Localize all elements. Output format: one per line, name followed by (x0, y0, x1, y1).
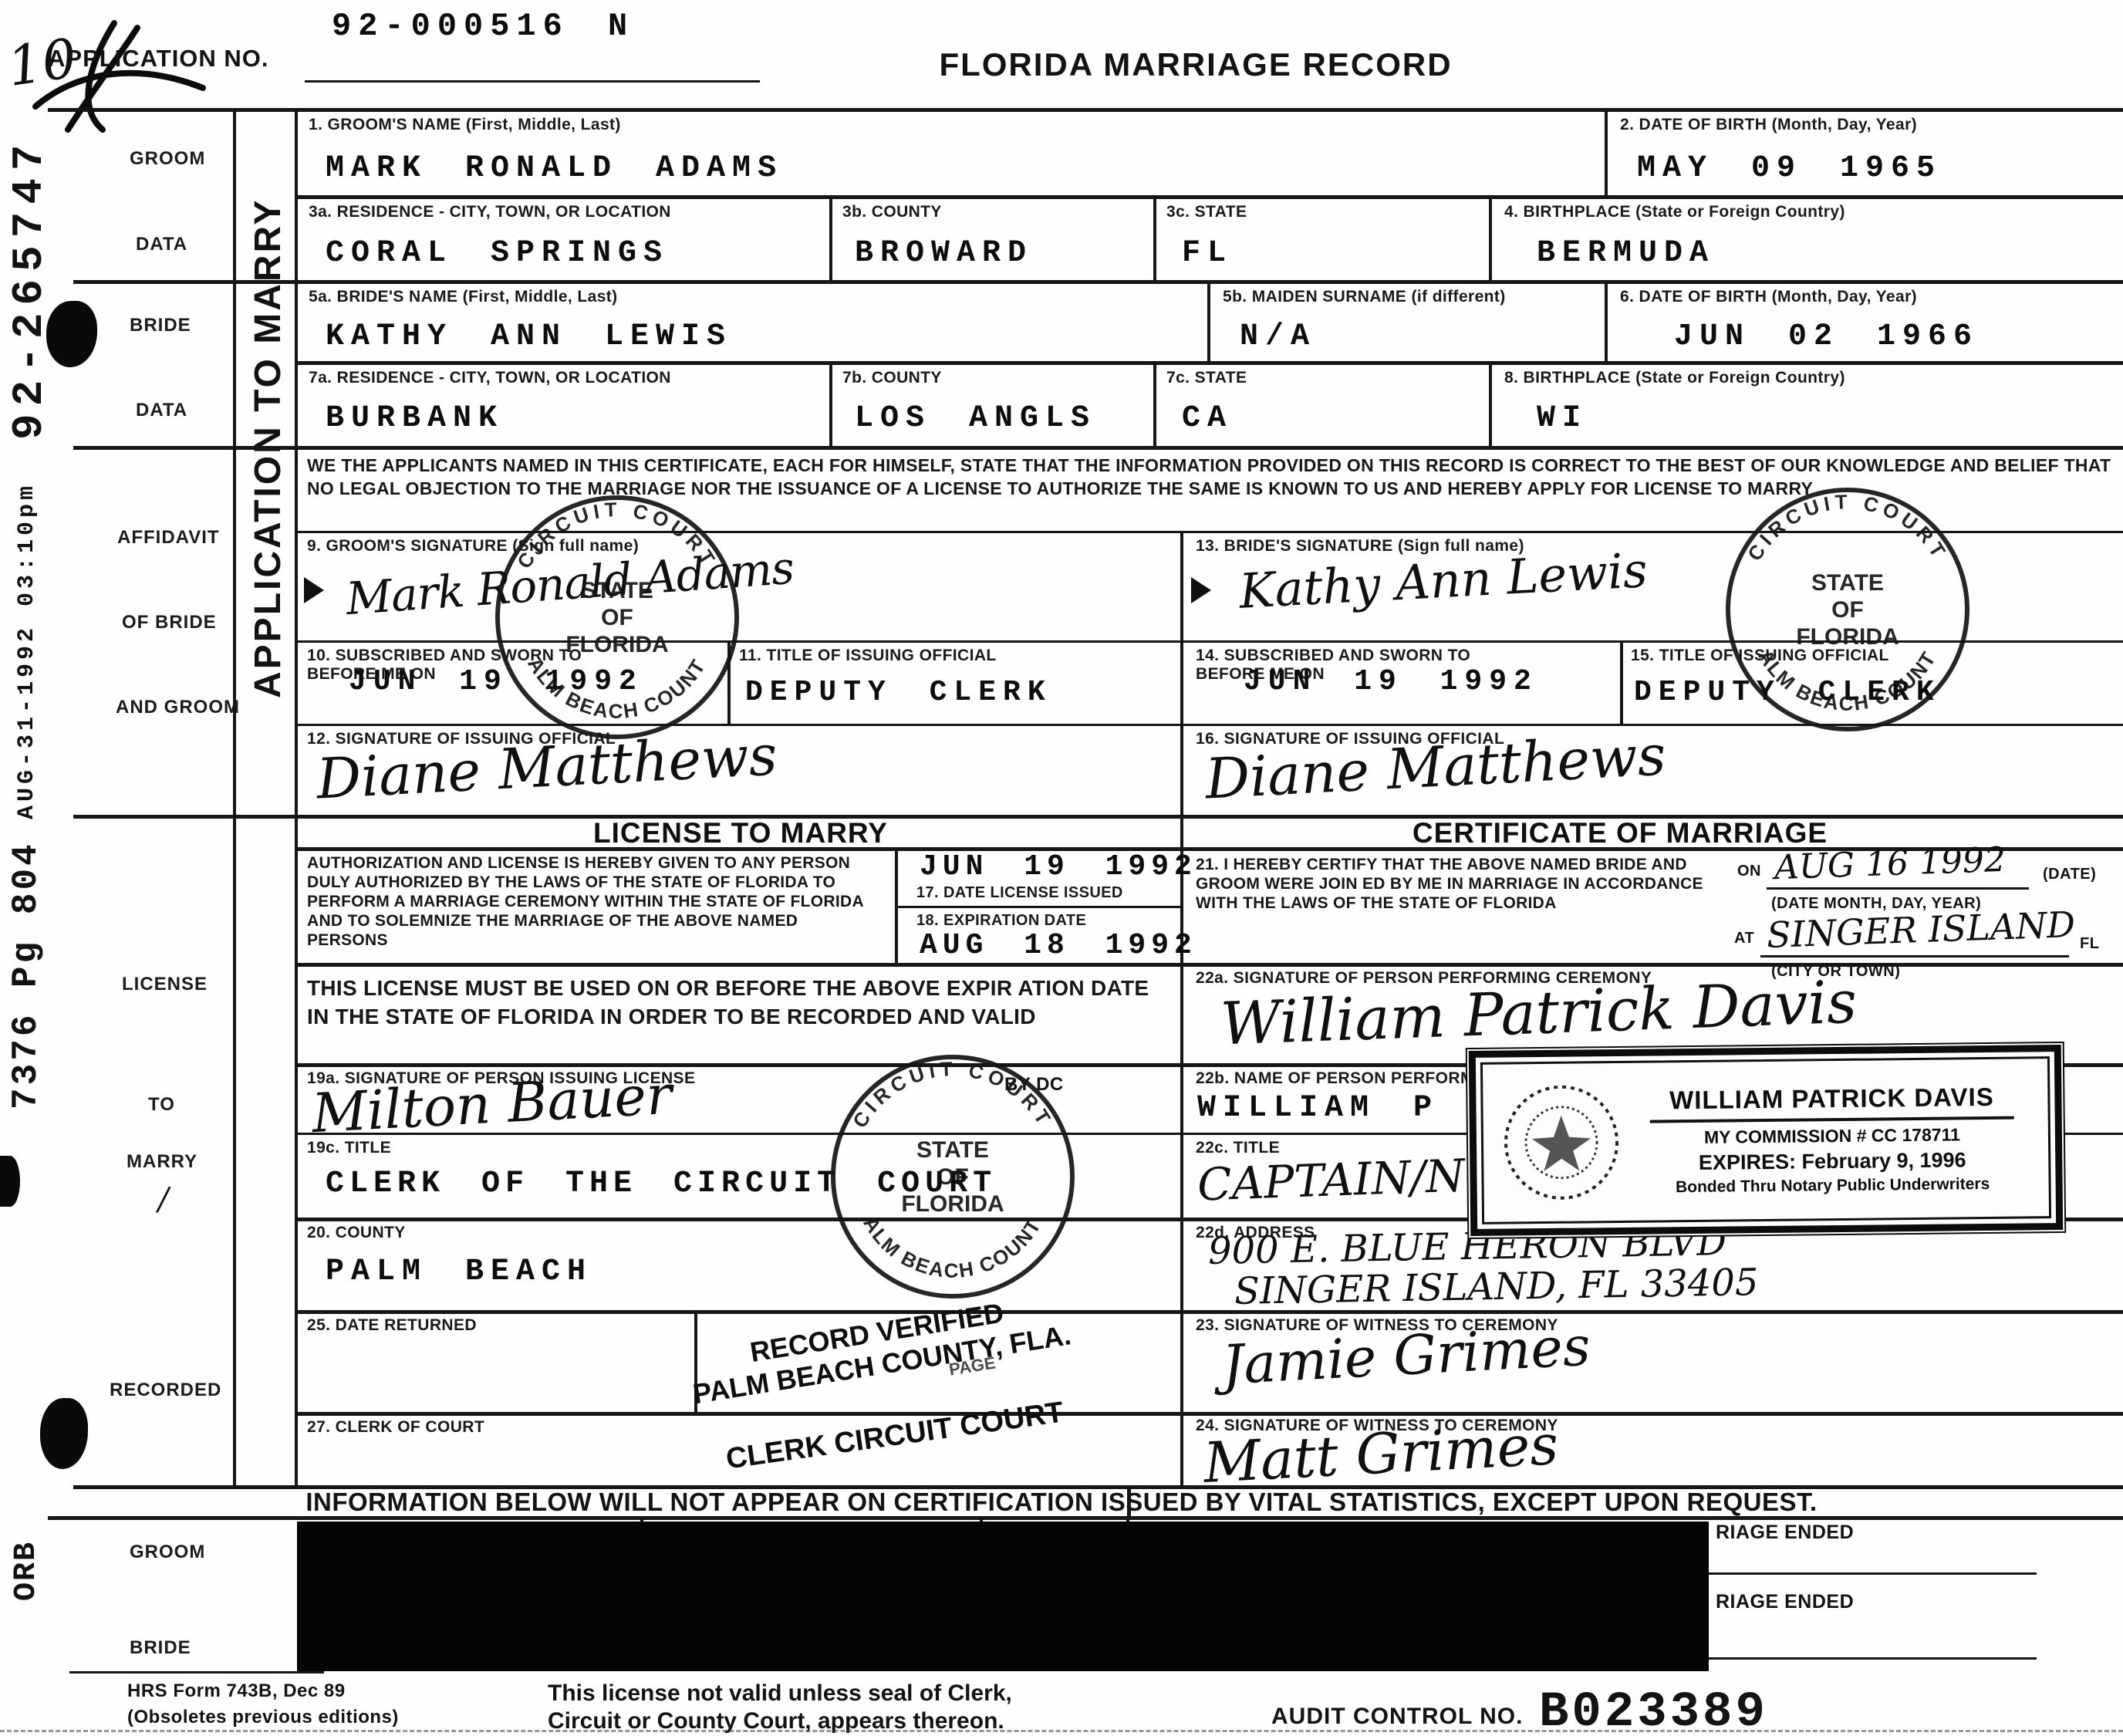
notary-commission: MY COMMISSION # CC 178711 (1627, 1123, 2037, 1149)
svg-text:CIRCUIT COURT: CIRCUIT COURT (848, 1057, 1058, 1132)
seal-of: OF (937, 1164, 969, 1190)
seal-state: STATE (916, 1137, 989, 1163)
audit-control-value: B023389 (1539, 1685, 1768, 1736)
seal-top-text: CIRCUIT COURT (848, 1057, 1058, 1132)
divider-line (1709, 1572, 2037, 1575)
divider-line (73, 446, 2123, 450)
divider-line (1620, 640, 1623, 724)
bride-dob-label: 6. DATE OF BIRTH (Month, Day, Year) (1620, 288, 1917, 306)
divider-line (1127, 1485, 1131, 1519)
divider-line (73, 280, 2123, 284)
divider-line (295, 1412, 2123, 1416)
divider-line (1489, 361, 1492, 446)
seal-florida: FLORIDA (901, 1191, 1004, 1217)
ceremony-date-underline (1767, 887, 2029, 890)
county-label: 20. COUNTY (307, 1224, 406, 1242)
ceremony-place-underline (1760, 955, 2069, 958)
divider-line (1153, 195, 1156, 280)
ink-blot (40, 1398, 88, 1469)
signature-arrow-icon (304, 577, 324, 603)
notary-stamp-inner: WILLIAM PATRICK DAVIS MY COMMISSION # CC… (1480, 1056, 2051, 1224)
notary-expires: EXPIRES: February 9, 1996 (1627, 1147, 2037, 1176)
notary-name: WILLIAM PATRICK DAVIS (1626, 1082, 2037, 1116)
ceremony-date-value: AUG 16 1992 (1774, 840, 2007, 887)
sidebar-and-groom: AND GROOM (116, 697, 240, 718)
bride-sworn-value: JUN 19 1992 (1244, 665, 1538, 698)
form-border (295, 108, 298, 1485)
notary-bonded: Bonded Thru Notary Public Underwriters (1628, 1174, 2038, 1197)
redaction-box (297, 1522, 1709, 1671)
validity-note-line1: This license not valid unless seal of Cl… (548, 1680, 1012, 1707)
bride-state-value: CA (1182, 401, 1233, 436)
ink-blot (46, 301, 97, 367)
divider-line (1605, 280, 1608, 361)
application-no-label: APPLICATION NO. (48, 45, 269, 73)
bride-county-label: 7b. COUNTY (842, 369, 942, 387)
divider-line (48, 108, 2123, 112)
groom-county-label: 3b. COUNTY (842, 203, 942, 221)
date-returned-label: 25. DATE RETURNED (307, 1316, 477, 1335)
divider-line (1180, 531, 1183, 1485)
divider-line (1153, 361, 1156, 446)
divider-line (295, 195, 2123, 199)
clerk-circuit-court-stamp: CLERK CIRCUIT COURT (679, 1390, 1112, 1483)
sidebar-license: LICENSE (122, 974, 208, 995)
sidebar-recorded: RECORDED (110, 1380, 221, 1401)
ink-blot (0, 1156, 20, 1207)
sidebar-tick: / (158, 1182, 168, 1218)
form-number: HRS Form 743B, Dec 89 (127, 1680, 346, 1702)
divider-line (1489, 195, 1492, 280)
seal-of: OF (1831, 597, 1864, 623)
divider-line (295, 361, 2123, 365)
expiration-date-label: 18. EXPIRATION DATE (916, 912, 1086, 930)
audit-control-label: AUDIT CONTROL NO. (1271, 1704, 1523, 1730)
bride-name-label: 5a. BRIDE'S NAME (First, Middle, Last) (309, 288, 618, 306)
date-license-issued-value: JUN 19 1992 (920, 850, 1197, 883)
ceremony-at-label: AT (1734, 930, 1754, 947)
bride-birthplace-value: WI (1537, 401, 1588, 436)
form-border (233, 108, 236, 1485)
groom-dob-label: 2. DATE OF BIRTH (Month, Day, Year) (1620, 116, 1917, 134)
groom-state-value: FL (1182, 236, 1233, 271)
bride-residence-value: BURBANK (326, 401, 504, 436)
groom-birthplace-value: BERMUDA (1537, 236, 1715, 271)
sidebar-marry: MARRY (127, 1151, 197, 1173)
performer-address-line2: SINGER ISLAND, FL 33405 (1234, 1261, 1759, 1313)
notary-stamp: WILLIAM PATRICK DAVIS MY COMMISSION # CC… (1469, 1045, 2063, 1236)
bride-birthplace-label: 8. BIRTHPLACE (State or Foreign Country) (1504, 369, 1845, 387)
expiration-date-value: AUG 18 1992 (920, 929, 1197, 962)
divider-line (895, 847, 898, 963)
date-license-issued-label: 17. DATE LICENSE ISSUED (916, 884, 1123, 902)
svg-text:CIRCUIT COURT: CIRCUIT COURT (512, 498, 722, 572)
divider-line (829, 361, 832, 446)
bride-residence-label: 7a. RESIDENCE - CITY, TOWN, OR LOCATION (309, 369, 671, 387)
license-must-use-text: THIS LICENSE MUST BE USED ON OR BEFORE T… (307, 974, 1163, 1031)
seal-state: STATE (581, 578, 653, 603)
bride-state-label: 7c. STATE (1166, 369, 1247, 387)
certificate-of-marriage-header: CERTIFICATE OF MARRIAGE (1311, 817, 1929, 849)
sidebar-data: DATA (136, 400, 187, 421)
margin-timestamp: AUG-31-1992 03:10pm (14, 482, 40, 819)
bride-maiden-label: 5b. MAIDEN SURNAME (if different) (1223, 288, 1506, 306)
signature-arrow-icon (1191, 577, 1211, 603)
sidebar-affidavit: AFFIDAVIT (117, 527, 220, 549)
scan-edge-line (0, 1730, 2123, 1732)
bride-maiden-value: N/A (1240, 319, 1316, 354)
seal-of: OF (601, 605, 633, 630)
license-to-marry-header: LICENSE TO MARRY (432, 817, 1049, 849)
divider-line (829, 195, 832, 280)
pen-scribble (22, 14, 222, 145)
circuit-court-seal: CIRCUIT COURT PALM BEACH COUNTY STATE OF… (474, 475, 760, 760)
divider-line (1605, 108, 1608, 195)
groom-state-label: 3c. STATE (1166, 203, 1247, 221)
license-authorization-text: AUTHORIZATION AND LICENSE IS HEREBY GIVE… (307, 853, 882, 950)
scanned-marriage-record: 92-265747 AUG-31-1992 03:10pm 7376 Pg 80… (0, 0, 2123, 1736)
groom-residence-label: 3a. RESIDENCE - CITY, TOWN, OR LOCATION (309, 203, 671, 221)
svg-text:CIRCUIT COURT: CIRCUIT COURT (1743, 490, 1953, 565)
sidebar-to: TO (148, 1094, 175, 1116)
ceremony-on-label: ON (1737, 863, 1761, 880)
application-no-value: 92-000516 N (332, 8, 634, 45)
seal-florida: FLORIDA (565, 632, 668, 657)
groom-birthplace-label: 4. BIRTHPLACE (State or Foreign Country) (1504, 203, 1845, 221)
divider-line (1709, 1657, 2037, 1660)
divider-line (295, 1310, 2123, 1314)
sidebar-bride: BRIDE (130, 315, 191, 336)
clerk-of-court-label: 27. CLERK OF COURT (307, 1418, 484, 1437)
sidebar-groom: GROOM (130, 148, 205, 170)
application-no-underline (305, 80, 760, 83)
ceremony-date-suffix: (DATE) (2043, 866, 2096, 883)
margin-book-page: 7376 Pg 804 (6, 841, 46, 1109)
margin-orb: ORB (9, 1541, 44, 1601)
sidebar-bride-bottom: BRIDE (130, 1637, 191, 1659)
seal-florida: FLORIDA (1796, 624, 1899, 650)
notary-seal-icon (1495, 1076, 1628, 1209)
seal-state: STATE (1811, 570, 1884, 596)
performer-name-value: WILLIAM P (1197, 1091, 1439, 1126)
groom-official-title-label: 11. TITLE OF ISSUING OFFICIAL (739, 647, 997, 665)
groom-residence-value: CORAL SPRINGS (326, 236, 669, 271)
certificate-certify-text: 21. I HEREBY CERTIFY THAT THE ABOVE NAME… (1196, 855, 1736, 913)
groom-official-title-value: DEPUTY CLERK (745, 676, 1052, 709)
bride-name-value: KATHY ANN LEWIS (326, 319, 732, 354)
county-value: PALM BEACH (326, 1255, 592, 1289)
sidebar-groom-bottom: GROOM (130, 1542, 205, 1563)
seal-top-text: CIRCUIT COURT (1743, 490, 1953, 565)
groom-county-value: BROWARD (855, 236, 1033, 271)
groom-dob-value: MAY 09 1965 (1637, 151, 1942, 186)
sidebar-of-bride: OF BRIDE (122, 612, 217, 633)
form-note: (Obsoletes previous editions) (127, 1707, 399, 1728)
groom-name-value: MARK RONALD ADAMS (326, 151, 783, 186)
bride-county-value: LOS ANGLS (855, 401, 1096, 436)
circuit-court-seal: CIRCUIT COURT PALM BEACH COUNTY STATE OF… (810, 1034, 1095, 1319)
ceremony-place-state: FL (2080, 935, 2099, 953)
divider-line (1207, 280, 1210, 361)
sidebar-data: DATA (136, 234, 187, 255)
marriage-ended-label: RIAGE ENDED (1716, 1591, 1854, 1613)
issuer-title-label: 19c. TITLE (307, 1139, 391, 1157)
divider-line (895, 906, 1180, 908)
divider-line (69, 1671, 324, 1674)
bride-dob-value: JUN 02 1966 (1674, 319, 1979, 354)
marriage-ended-label: RIAGE ENDED (1716, 1522, 1854, 1544)
info-banner: INFORMATION BELOW WILL NOT APPEAR ON CER… (154, 1488, 1969, 1517)
seal-top-text: CIRCUIT COURT (512, 498, 722, 572)
groom-name-label: 1. GROOM'S NAME (First, Middle, Last) (309, 116, 621, 134)
performer-title-label: 22c. TITLE (1196, 1139, 1280, 1157)
document-title: FLORIDA MARRIAGE RECORD (849, 46, 1543, 83)
margin-docket-number: 92-265747 (5, 137, 54, 440)
circuit-court-seal: CIRCUIT COURT PALM BEACH COUNTY STATE OF… (1705, 467, 1990, 752)
